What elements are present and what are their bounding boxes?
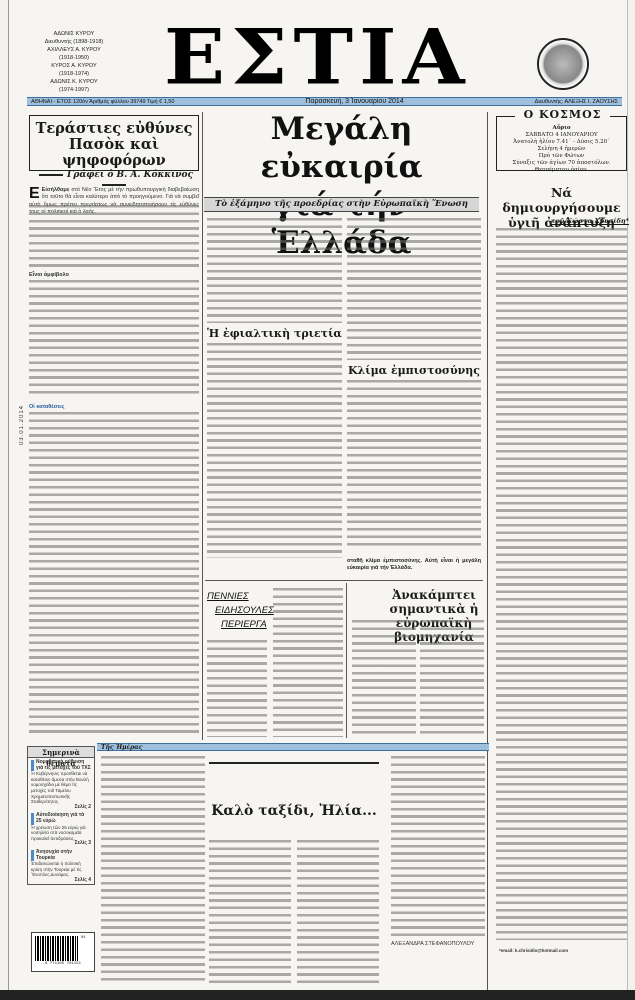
seal-emblem-icon (537, 38, 589, 90)
date-bar: ΑΘΗΝΑΙ - ΕΤΟΣ 120όν Άριθμός φύλλου 39749… (27, 97, 622, 106)
section-heading-trietia: Ἡ ἐφιαλτικὴ τριετία (207, 327, 342, 340)
industry-col1 (352, 620, 416, 737)
topic-item[interactable]: Αὐτοδιοίκηση γιὰ τὰ 25 εὐρὼ Ἡ χρέωση τῶν… (28, 811, 94, 848)
issue-date: Παρασκευή, 3 Ἰανουαρίου 2014 (305, 98, 403, 105)
todays-topics-header: Σημερινὰ θέματα (28, 747, 94, 758)
column-divider (202, 112, 203, 740)
main-article-col2 (347, 218, 481, 360)
editor-info: Διευθυντής: ΑΛΕΞΗΣ Ι. ΖΑΟΥΣΗΣ (535, 98, 618, 105)
left-article-text (29, 205, 199, 267)
tis-imeras-headline[interactable]: Καλὸ ταξίδι, Ἠλία... (209, 803, 379, 819)
pennies-text-1 (207, 640, 267, 737)
tis-imeras-col1 (101, 756, 205, 984)
side-date: 03.01.2014 (19, 405, 25, 445)
main-article-col1b (207, 343, 342, 558)
kosmos-box: Ο ΚΟΣΜΟΣ Αὔριο ΣΑΒΒΑΤΟ 4 ΙΑΝΟΥΑΡΙΟΥ Ἀνατ… (496, 116, 627, 171)
left-article-text-2 (29, 280, 199, 398)
left-article-headline[interactable]: Τεράστιες εὐθύνες Πασὸκ καὶ ψηφοφόρων (30, 121, 198, 169)
tis-imeras-col4 (391, 756, 485, 936)
newspaper-logo: ΕΣΤΙΑ (164, 24, 471, 91)
right-article-byline: τοῦ Κώστα Χρυσίδη* (544, 217, 629, 225)
topic-item[interactable]: Ἀνησυχία στὴν Τουρκία Ἐπιδεινώνεται ἡ πο… (28, 848, 94, 885)
barcode-icon (35, 936, 78, 961)
main-article-closing: σταθῆ κλίμα ἐμπιστοσύνης. Αὐτὴ εἶναι ἡ μ… (347, 558, 481, 574)
section-divider (205, 580, 483, 581)
column-divider (487, 112, 488, 992)
topic-marker-icon (31, 813, 34, 824)
pennies-column-title[interactable]: ΠΕΝΝΙΕΣ ΕΙΔΗΣΟΥΛΕΣ ΠΕΡΙΕΡΓΑ (207, 590, 267, 632)
main-article-col2b (347, 380, 481, 550)
left-article-text-3 (29, 412, 199, 737)
masthead: ΑΔΩΝΙΣ ΚΥΡΟΥ Διευθυντής (1898-1918) ΑΧΙΛ… (9, 0, 629, 90)
newspaper-page: ΑΔΩΝΙΣ ΚΥΡΟΥ Διευθυντής (1898-1918) ΑΧΙΛ… (8, 0, 628, 990)
column-divider (346, 583, 347, 738)
author-signature: ΑΛΕΞΑΝΔΡΑ ΣΤΕΦΑΝΟΠΟΥΛΟΥ (391, 941, 474, 947)
author-email: *email: k.chrisidis@hotmail.com (499, 948, 568, 953)
left-article-lead: ΕΕἰσήλθαμε στὸ Νέο Ἔτος μὲ τὴν πρωθυπουρ… (29, 187, 199, 201)
right-article-text (496, 228, 627, 940)
headline-rule (209, 762, 379, 764)
main-article-col1 (207, 218, 342, 323)
topic-item[interactable]: Νομοθετικὴ ρύθμιση γιὰ τὶς μετοχὲς τοῦ Τ… (28, 758, 94, 811)
left-article-headline-box: Τεράστιες εὐθύνες Πασὸκ καὶ ψηφοφόρων (29, 115, 199, 171)
topic-marker-icon (31, 850, 34, 861)
section-heading-klima: Κλίμα ἐμπιστοσύνης (347, 364, 481, 377)
left-article-para3: Οἱ καταθέσεις (29, 404, 199, 412)
pennies-text-2 (273, 588, 343, 737)
issue-info: ΑΘΗΝΑΙ - ΕΤΟΣ 120όν Άριθμός φύλλου 39749… (31, 98, 174, 105)
kosmos-title: Ο ΚΟΣΜΟΣ (515, 109, 610, 121)
tis-imeras-col2 (209, 840, 291, 984)
left-article-para2: Εἶναι ἀμφίβολο (29, 272, 199, 280)
tis-imeras-col3 (297, 840, 379, 984)
barcode: 01 9 771105 701151 (31, 932, 95, 972)
topic-marker-icon (31, 760, 34, 771)
todays-topics-box: Σημερινὰ θέματα Νομοθετικὴ ρύθμιση γιὰ τ… (27, 746, 95, 885)
industry-col2 (420, 620, 484, 737)
tis-imeras-bar: Τῆς Ἡμέρας (97, 743, 489, 751)
founders-list: ΑΔΩΝΙΣ ΚΥΡΟΥ Διευθυντής (1898-1918) ΑΧΙΛ… (39, 30, 109, 94)
main-subheadline: Τὸ ἑξάμηνο τῆς προεδρίας στὴν Εὐρωπαϊκὴ … (204, 197, 479, 212)
page-bottom-edge (0, 990, 635, 1000)
